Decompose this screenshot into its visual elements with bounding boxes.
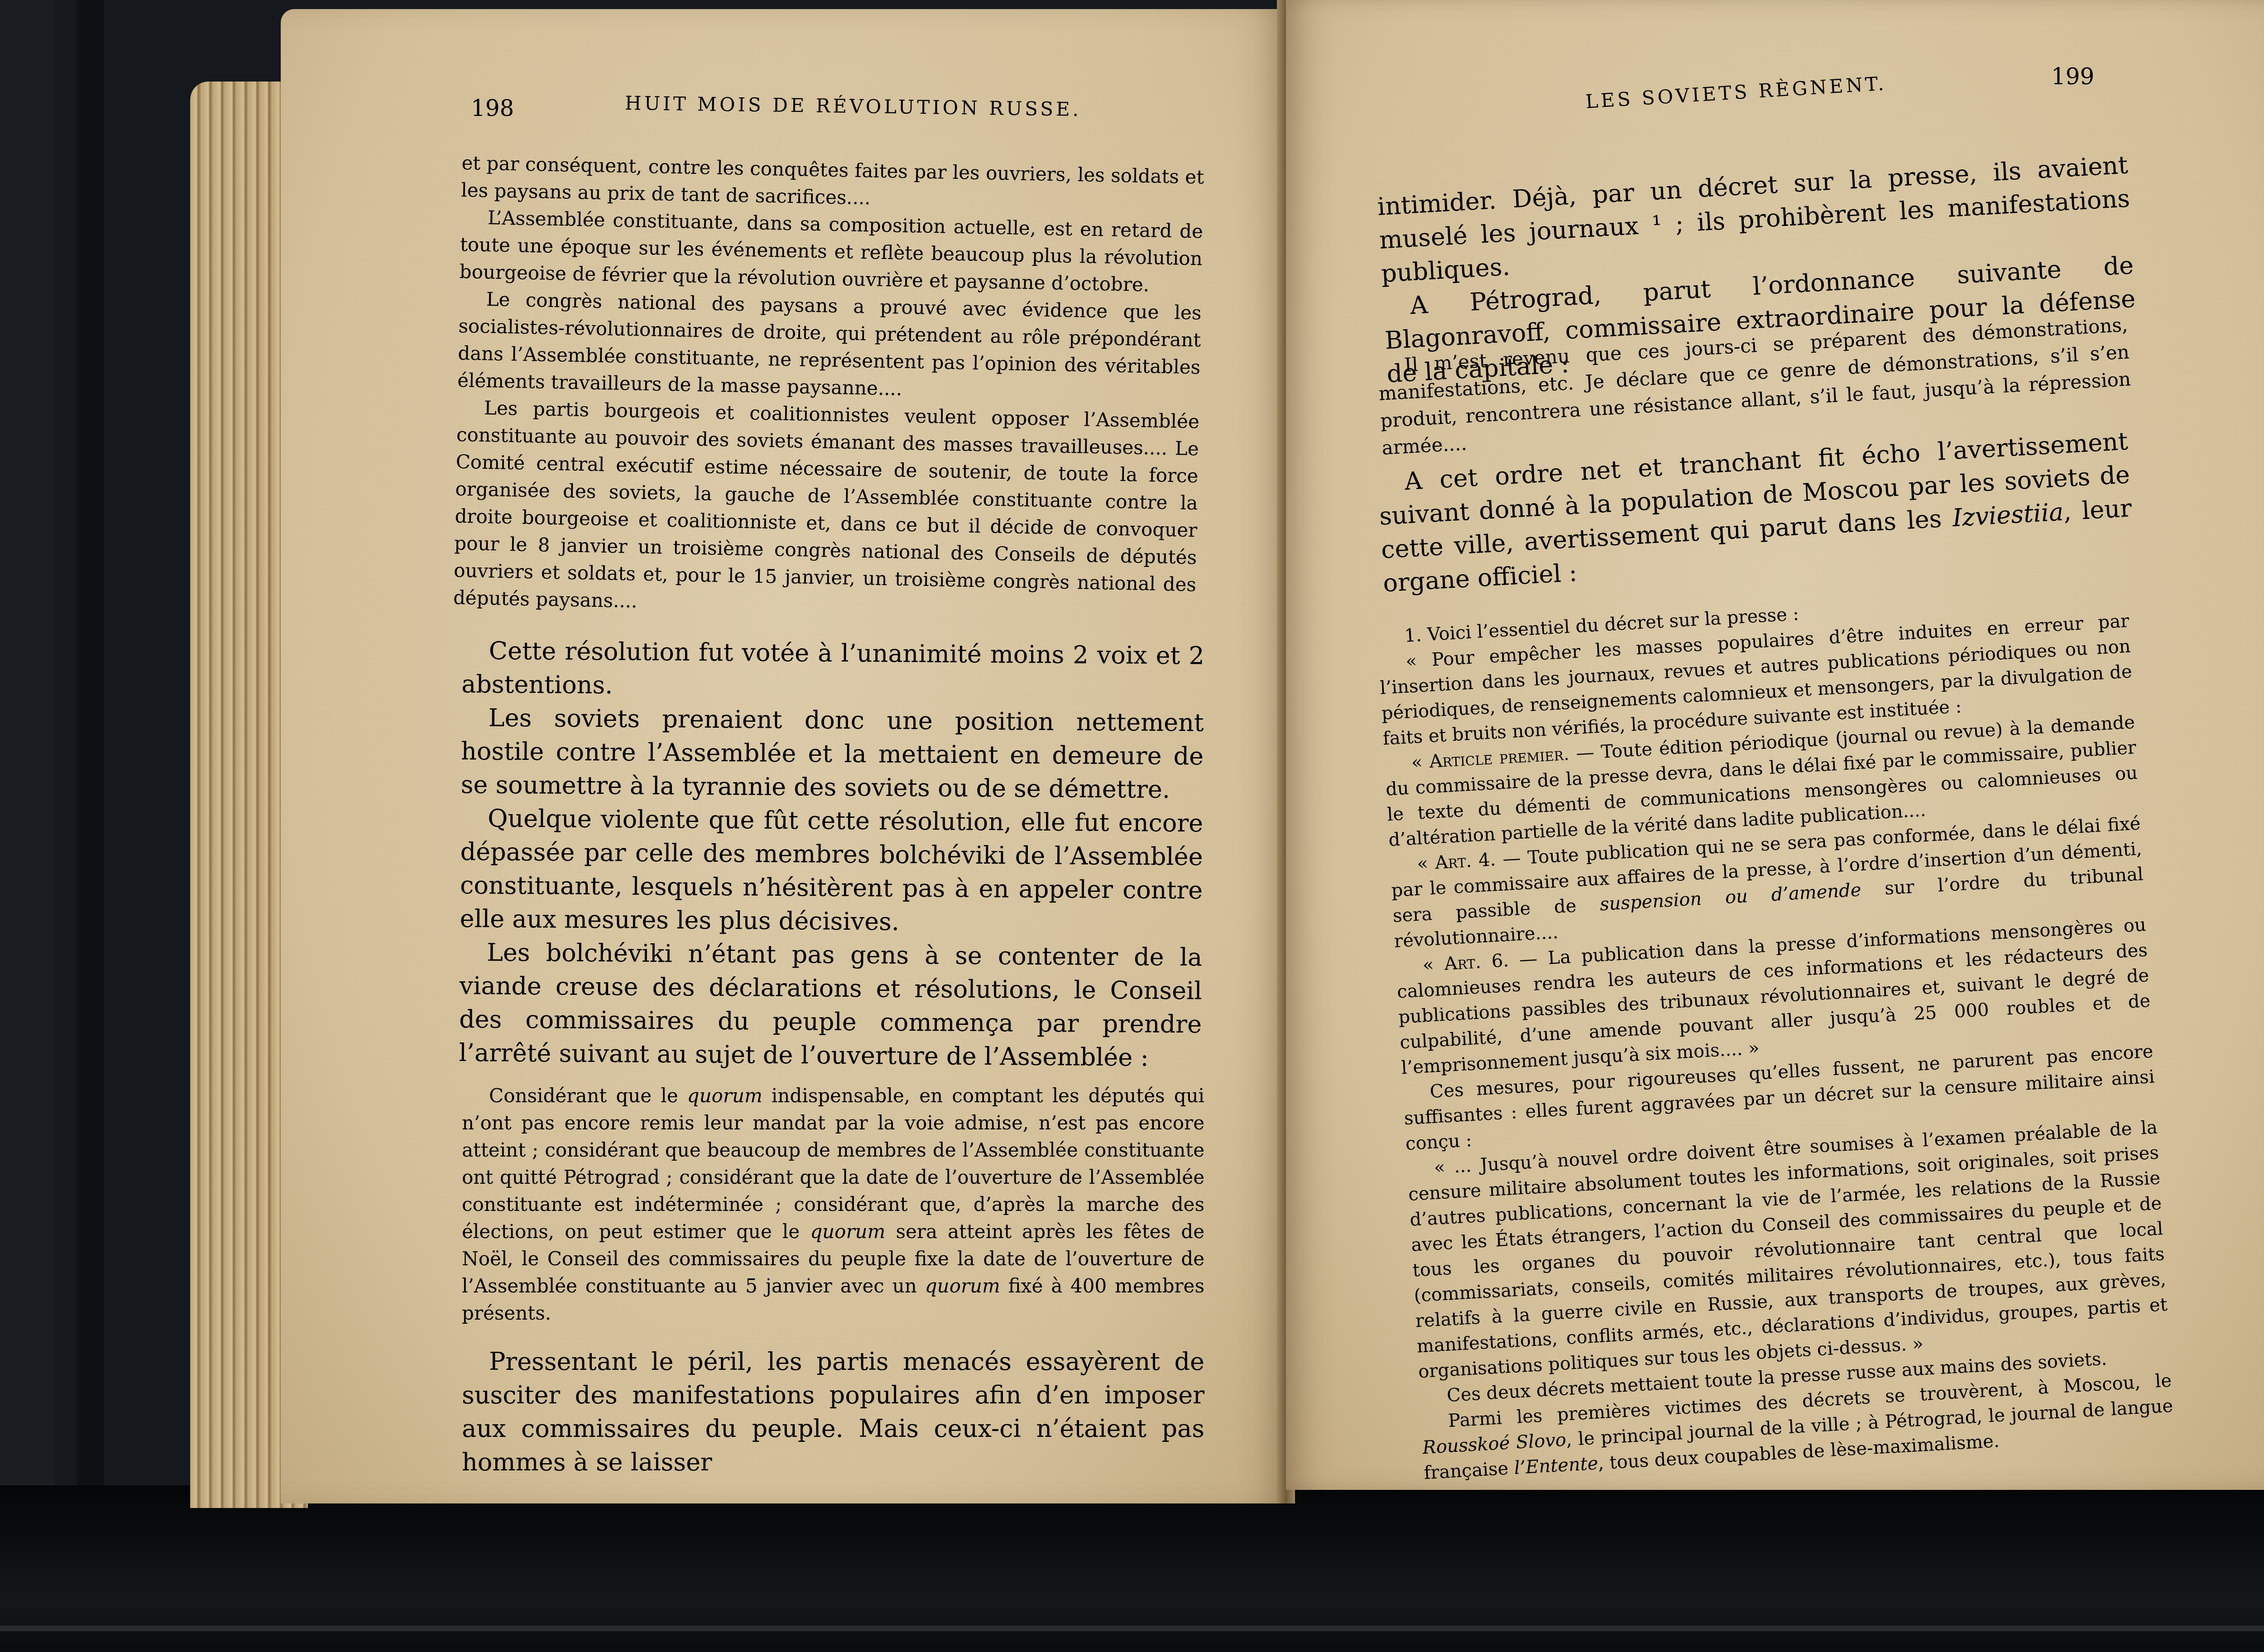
article-label: « Art. 4. [1416, 849, 1496, 874]
body-para-2: Les soviets prenaient donc une position … [460, 701, 1204, 807]
resolution-para-4: Les partis bourgeois et coalitionnistes … [453, 394, 1199, 625]
decree-quorum: Considérant que le quorum indispensable,… [462, 1082, 1204, 1327]
resolution-para-2: L’Assemblée constituante, dans sa compos… [459, 204, 1203, 299]
body-para-1: Cette résolution fut votée à l’unanimité… [461, 634, 1204, 706]
decree-part: indispensable, en comptant les députés q… [462, 1085, 1204, 1243]
decree-italic-quorum: quorum [687, 1085, 763, 1107]
decree-text: Considérant que le quorum indispensable,… [462, 1082, 1204, 1327]
quoted-resolution: et par conséquent, contre les conquêtes … [453, 149, 1204, 625]
resolution-para-3: Le congrès national des paysans a prouvé… [457, 285, 1202, 408]
closing-para: Pressentant le péril, les partis menacés… [462, 1345, 1204, 1479]
entente-title: l’Entente [1514, 1453, 1599, 1479]
display-case-frame-left [0, 0, 54, 1652]
display-case-edge [0, 1626, 2264, 1631]
left-closing: Pressentant le péril, les partis menacés… [462, 1345, 1204, 1479]
right-folio: 199 [2051, 63, 2094, 90]
left-folio: 198 [471, 95, 514, 121]
izviestiia-title: Izviestiia [1952, 498, 2064, 533]
footnote-press-decree: 1. Voici l’essentiel du décret sur la pr… [1377, 583, 2175, 1486]
decree-italic-quorum: quorum [925, 1275, 1000, 1297]
article-label: « Art. 6. [1422, 950, 1510, 976]
footnote-censorship: « ... Jusqu’à nouvel ordre doivent être … [1406, 1115, 2170, 1385]
left-body: Cette résolution fut votée à l’unanimité… [459, 634, 1204, 1075]
decree-italic-quorum: quorum [810, 1220, 885, 1243]
body-para-3: Quelque violente que fût cette résolutio… [460, 802, 1203, 941]
display-case-rail [77, 0, 104, 1540]
rousskoe-slovo-title: Rousskoé Slovo [1422, 1429, 1567, 1458]
decree-part: Considérant que le [489, 1085, 687, 1107]
body-para-4: Les bolchéviki n’étant pas gens à se con… [459, 936, 1202, 1075]
